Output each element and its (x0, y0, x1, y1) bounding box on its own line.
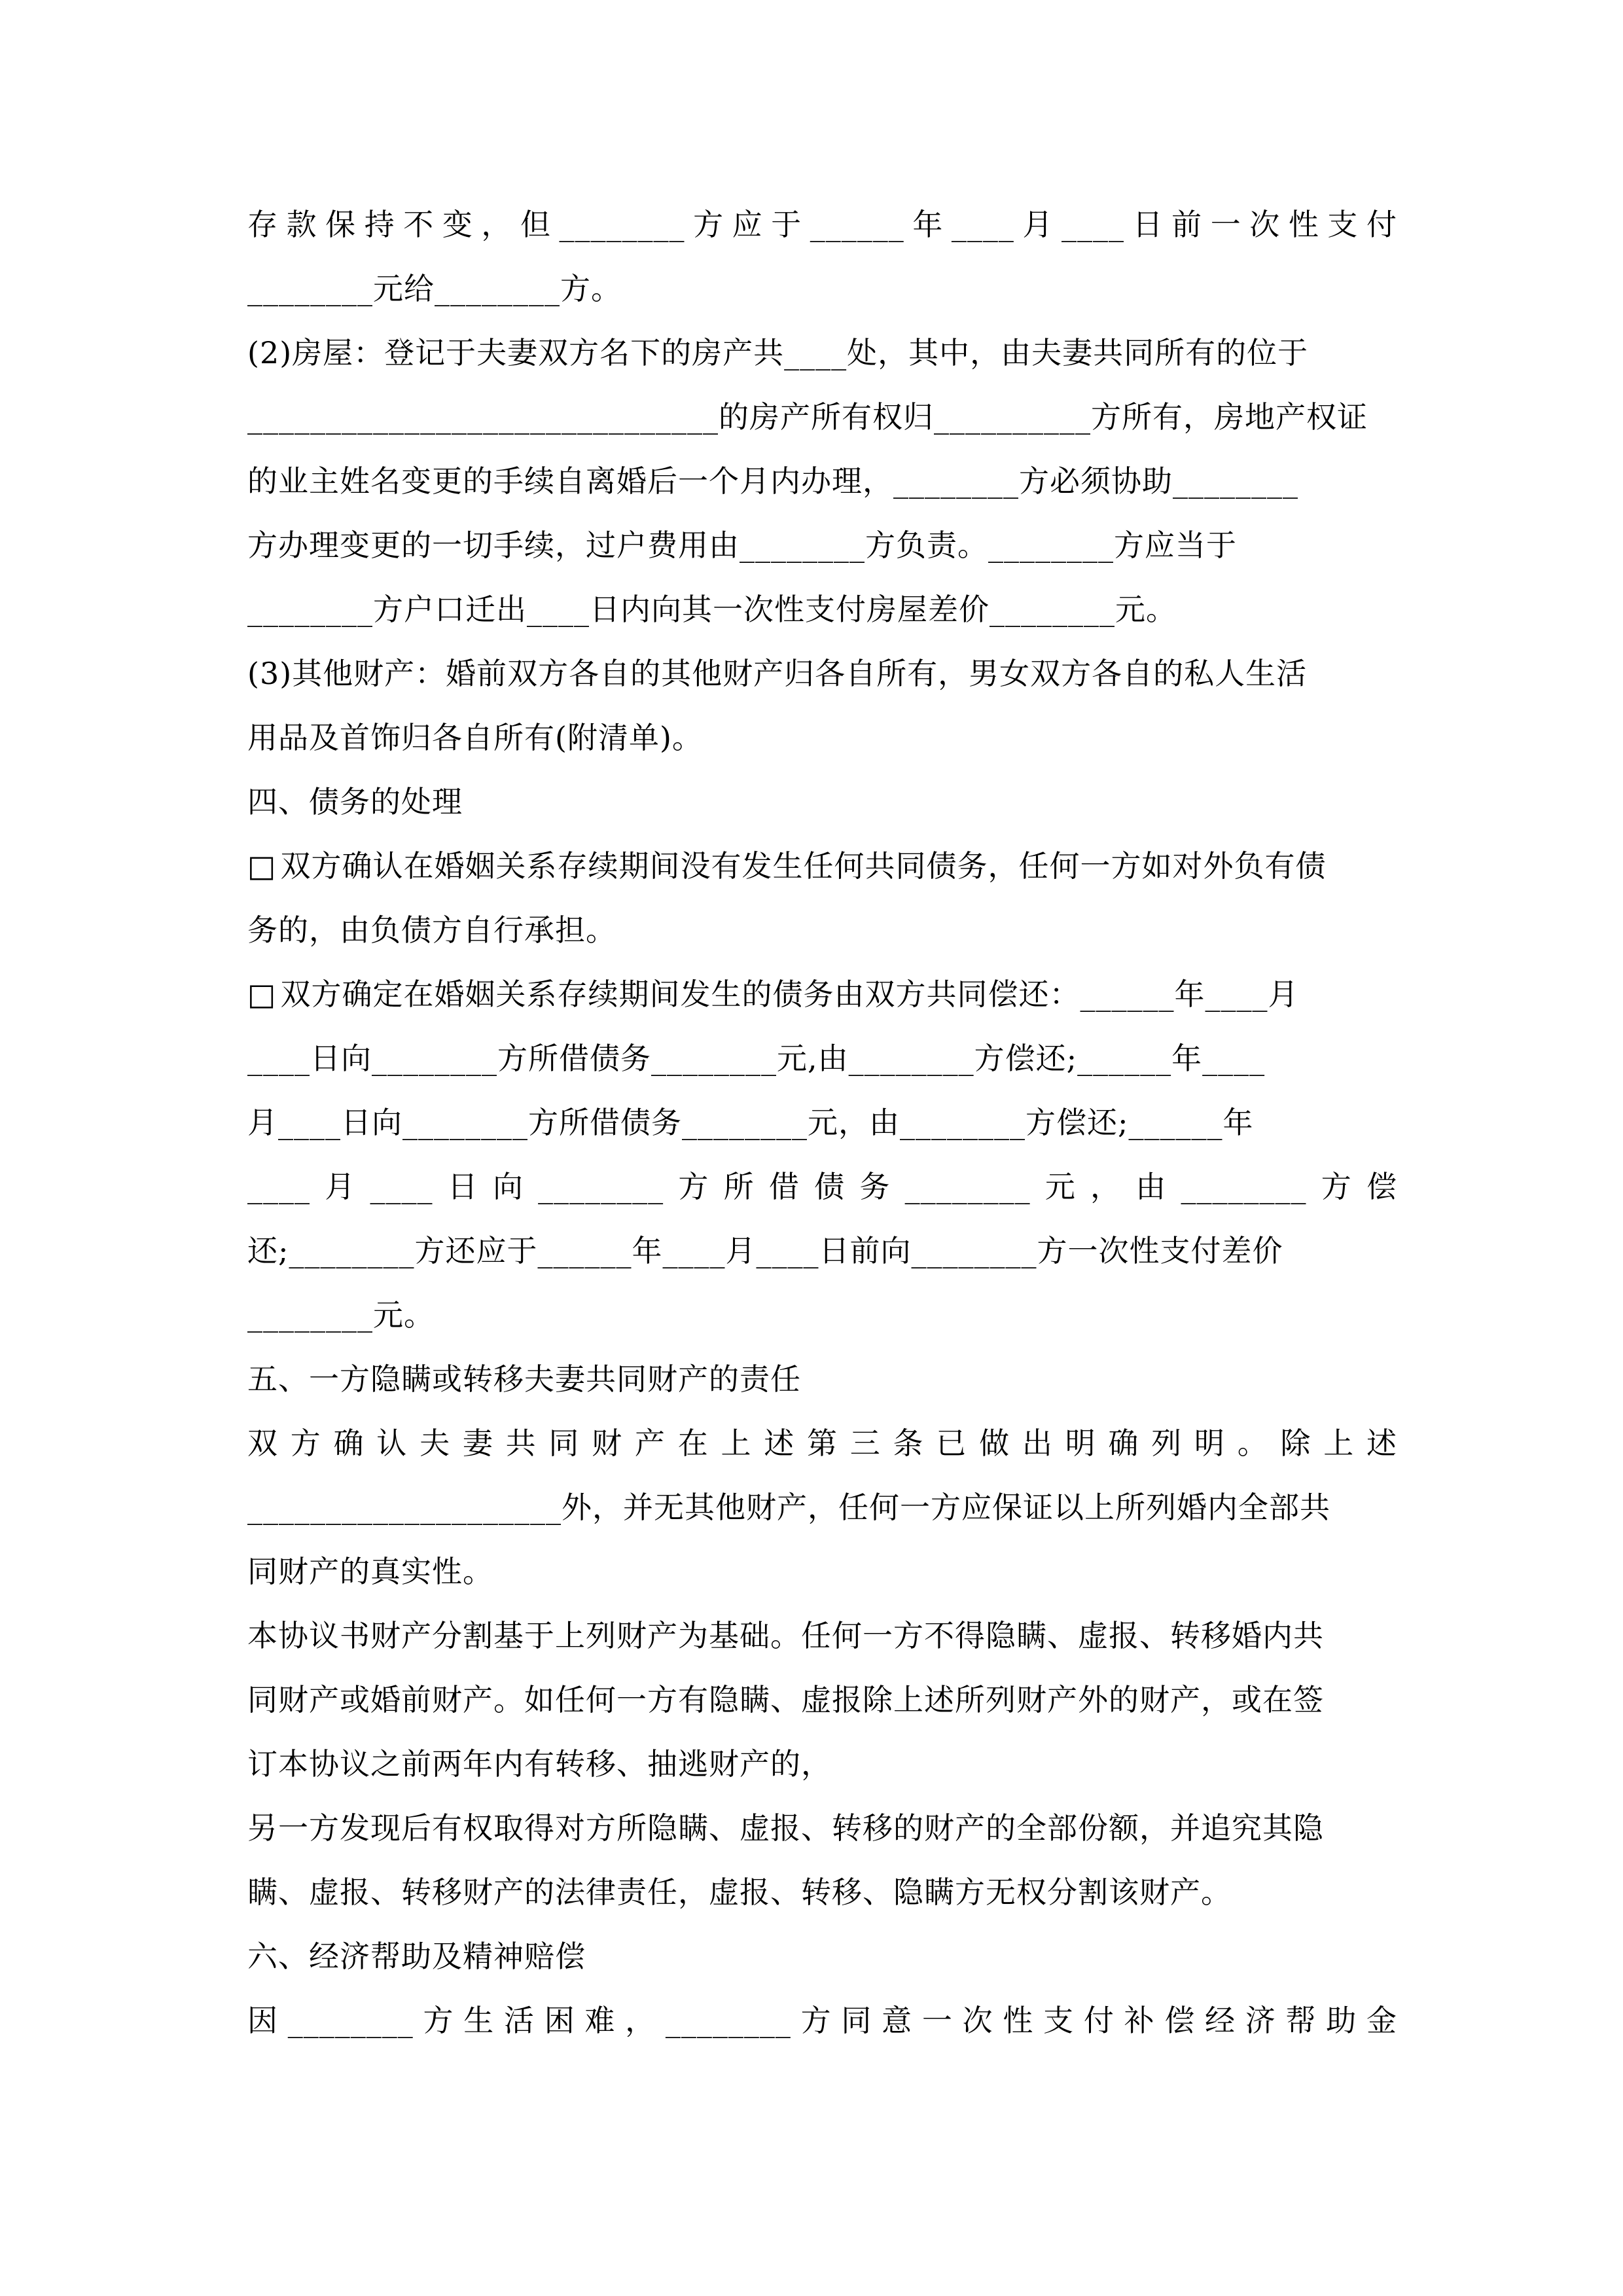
document-line: ____月____日向________方所借债务________元，由_____… (247, 1155, 1397, 1219)
document-line: ________方户口迁出____日内向其一次性支付房屋差价________元。 (247, 577, 1397, 641)
document-line: 还;________方还应于______年____月____日前向_______… (247, 1219, 1397, 1283)
document-line: ________元给________方。 (247, 257, 1397, 321)
document-line: 瞒、虚报、转移财产的法律责任，虚报、转移、隐瞒方无权分割该财产。 (247, 1860, 1397, 1924)
document-line: 务的，由负债方自行承担。 (247, 898, 1397, 962)
document-line: 用品及首饰归各自所有(附清单)。 (247, 706, 1397, 770)
document-line: 月____日向________方所借债务________元，由________方… (247, 1090, 1397, 1155)
document-line: 订本协议之前两年内有转移、抽逃财产的， (247, 1732, 1397, 1796)
section-heading-debts: 四、债务的处理 (247, 770, 1397, 834)
document-body: 存款保持不变，但________方应于______年____月____日前一次性… (247, 192, 1397, 2053)
document-line: ____日向________方所借债务________元,由________方偿… (247, 1026, 1397, 1090)
document-line: 同财产的真实性。 (247, 1539, 1397, 1604)
document-line: 另一方发现后有权取得对方所隐瞒、虚报、转移的财产的全部份额，并追究其隐 (247, 1796, 1397, 1860)
document-line-other-property-clause: (3)其他财产：婚前双方各自的其他财产归各自所有，男女双方各自的私人生活 (247, 641, 1397, 706)
checkbox-icon[interactable]: □ (247, 962, 276, 1026)
checkbox-icon[interactable]: □ (247, 834, 276, 898)
document-page: 存款保持不变，但________方应于______年____月____日前一次性… (0, 0, 1623, 2296)
document-line: 因________方生活困难，________方同意一次性支付补偿经济帮助金 (247, 1988, 1397, 2053)
document-line: ______________________________的房产所有权归___… (247, 385, 1397, 449)
document-line: 同财产或婚前财产。如任何一方有隐瞒、虚报除上述所列财产外的财产，或在签 (247, 1668, 1397, 1732)
document-line-text: 双方确认在婚姻关系存续期间没有发生任何共同债务，任何一方如对外负有债 (280, 848, 1326, 884)
document-line-housing-clause: (2)房屋：登记于夫妻双方名下的房产共____处，其中，由夫妻共同所有的位于 (247, 321, 1397, 385)
document-line: ____________________外，并无其他财产，任何一方应保证以上所列… (247, 1475, 1397, 1539)
document-line-debt-option-2: □双方确定在婚姻关系存续期间发生的债务由双方共同偿还：______年____月 (247, 962, 1397, 1026)
section-heading-economic-help: 六、经济帮助及精神赔偿 (247, 1924, 1397, 1988)
document-line: 存款保持不变，但________方应于______年____月____日前一次性… (247, 192, 1397, 257)
document-line: 双方确认夫妻共同财产在上述第三条已做出明确列明。除上述 (247, 1411, 1397, 1475)
document-line: 的业主姓名变更的手续自离婚后一个月内办理，________方必须协助______… (247, 449, 1397, 513)
document-line: ________元。 (247, 1283, 1397, 1347)
document-line-debt-option-1: □双方确认在婚姻关系存续期间没有发生任何共同债务，任何一方如对外负有债 (247, 834, 1397, 898)
document-line: 本协议书财产分割基于上列财产为基础。任何一方不得隐瞒、虚报、转移婚内共 (247, 1604, 1397, 1668)
document-line-text: 双方确定在婚姻关系存续期间发生的债务由双方共同偿还：______年____月 (280, 977, 1298, 1012)
document-line: 方办理变更的一切手续，过户费用由________方负责。________方应当于 (247, 513, 1397, 577)
section-heading-hidden-assets: 五、一方隐瞒或转移夫妻共同财产的责任 (247, 1347, 1397, 1411)
